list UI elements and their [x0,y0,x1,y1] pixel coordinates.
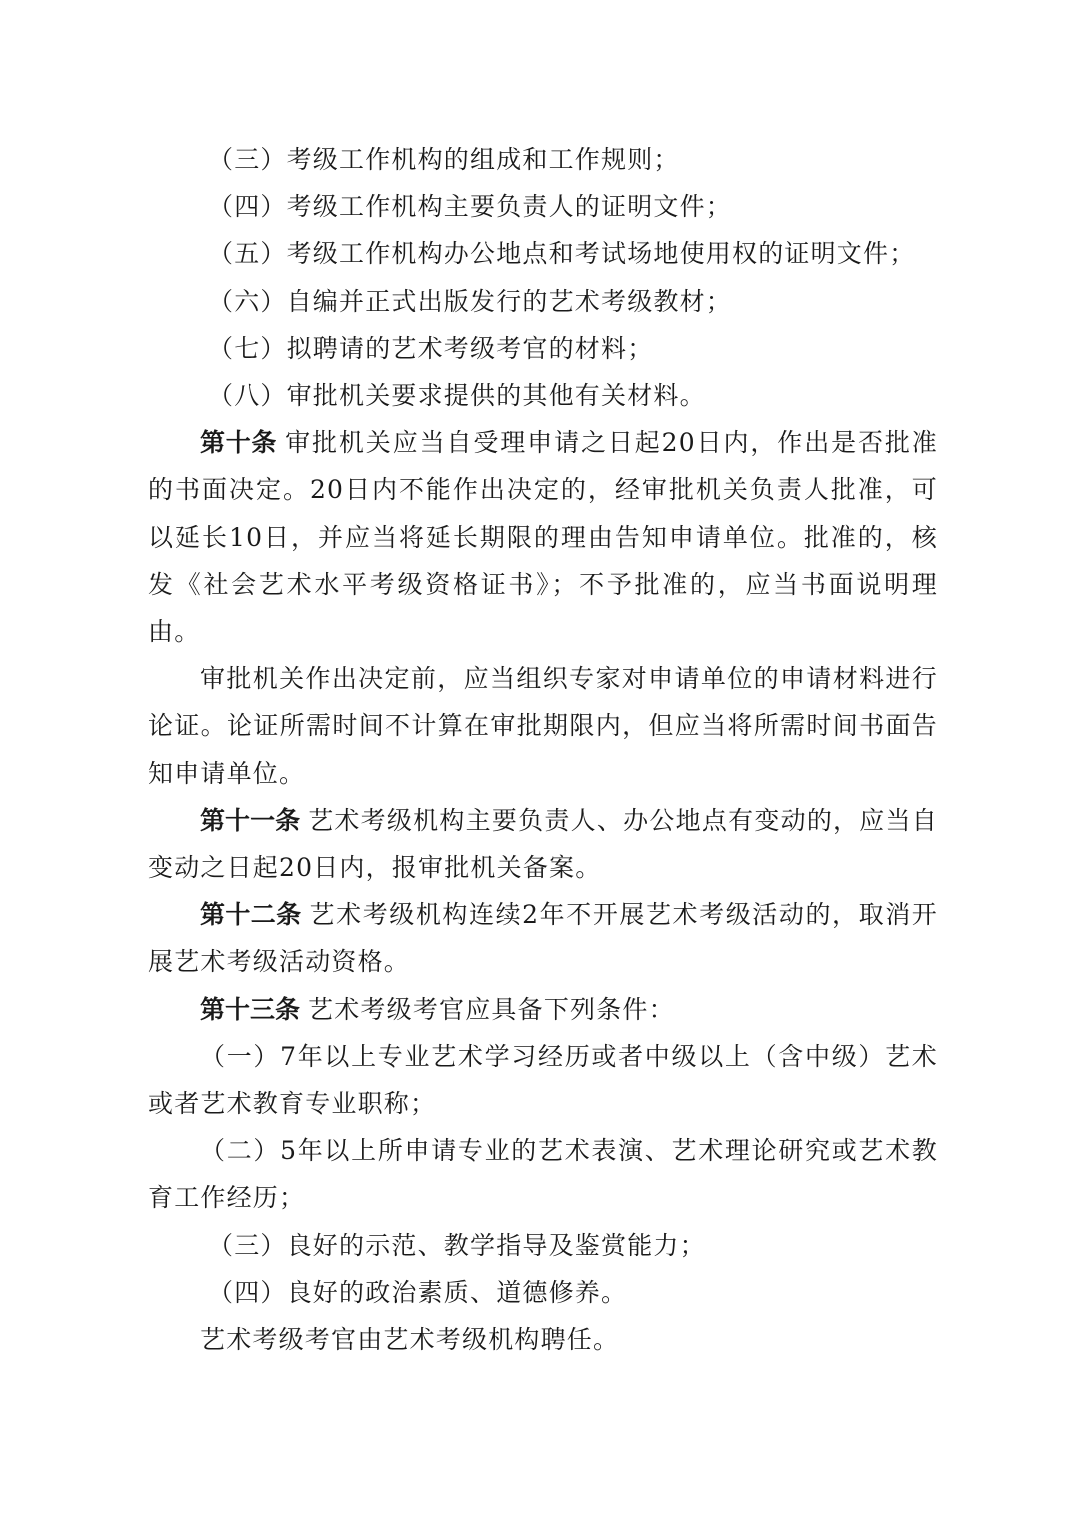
article-text: 艺术考级考官应具备下列条件： [308,995,675,1024]
list-item: （四）考级工作机构主要负责人的证明文件； [148,183,938,230]
closing-paragraph: 艺术考级考官由艺术考级机构聘任。 [148,1316,938,1363]
list-item: （六）自编并正式出版发行的艺术考级教材； [148,278,938,325]
article-label: 第十三条 [200,995,300,1024]
article-label: 第十一条 [200,806,300,835]
list-item: （三）考级工作机构的组成和工作规则； [148,136,938,183]
article-label: 第十条 [200,428,277,457]
list-item: （三）良好的示范、教学指导及鉴赏能力； [148,1222,938,1269]
article-12: 第十二条艺术考级机构连续2年不开展艺术考级活动的，取消开展艺术考级活动资格。 [148,891,938,985]
article-10: 第十条审批机关应当自受理申请之日起20日内，作出是否批准的书面决定。20日内不能… [148,419,938,655]
list-item: （四）良好的政治素质、道德修养。 [148,1269,938,1316]
list-item: （一）7年以上专业艺术学习经历或者中级以上（含中级）艺术或者艺术教育专业职称； [148,1033,938,1127]
article-13: 第十三条艺术考级考官应具备下列条件： [148,986,938,1033]
article-10-paragraph-2: 审批机关作出决定前，应当组织专家对申请单位的申请材料进行论证。论证所需时间不计算… [148,655,938,797]
list-item: （七）拟聘请的艺术考级考官的材料； [148,325,938,372]
article-11: 第十一条艺术考级机构主要负责人、办公地点有变动的，应当自变动之日起20日内，报审… [148,797,938,891]
list-item: （二）5年以上所申请专业的艺术表演、艺术理论研究或艺术教育工作经历； [148,1127,938,1221]
article-text: 审批机关应当自受理申请之日起20日内，作出是否批准的书面决定。20日内不能作出决… [148,428,938,646]
article-label: 第十二条 [200,900,302,929]
list-item: （八）审批机关要求提供的其他有关材料。 [148,372,938,419]
list-item: （五）考级工作机构办公地点和考试场地使用权的证明文件； [148,230,938,277]
document-page: （三）考级工作机构的组成和工作规则； （四）考级工作机构主要负责人的证明文件； … [148,136,938,1363]
